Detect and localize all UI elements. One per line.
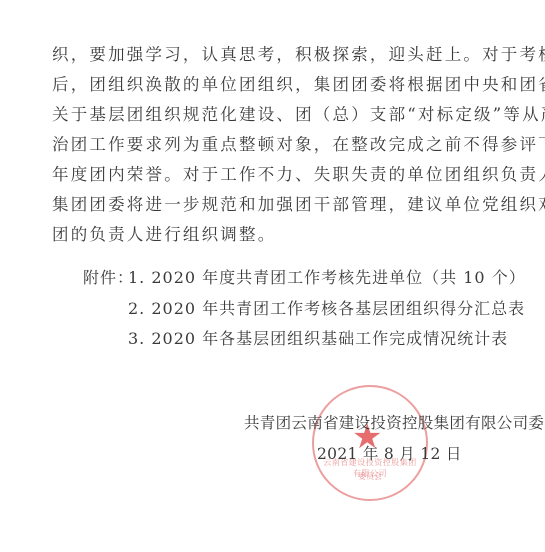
body-line: 治团工作要求列为重点整顿对象，在整改完成之前不得参评下一 — [52, 135, 492, 155]
attachment-item: 1. 2020 年度共青团工作考核先进单位（共 10 个） — [128, 265, 526, 288]
attachments-label: 附件： — [83, 265, 134, 288]
body-line: 集团团委将进一步规范和加强团干部管理，建议单位党组织对其 — [52, 195, 492, 215]
body-line: 关于基层团组织规范化建设、团（总）支部“对标定级”等从严 — [52, 105, 492, 125]
signing-date: 2021 年 8 月 12 日 — [317, 442, 462, 464]
body-line: 年度团内荣誉。对于工作不力、失职失责的单位团组织负责人， — [52, 165, 492, 185]
body-line: 织，要加强学习，认真思考，积极探索，迎头赶上。对于考核靠 — [52, 45, 492, 65]
signing-organization: 共青团云南省建设投资控股集团有限公司委员会 — [244, 411, 545, 433]
body-line: 团的负责人进行组织调整。 — [52, 225, 492, 245]
seal-bottom-text: 委员会 — [344, 471, 396, 482]
attachment-item: 2. 2020 年共青团工作考核各基层团组织得分汇总表 — [128, 296, 525, 319]
document-page: 织，要加强学习，认真思考，积极探索，迎头赶上。对于考核靠 后，团组织涣散的单位团… — [0, 0, 545, 552]
attachment-item: 3. 2020 年各基层团组织基础工作完成情况统计表 — [128, 326, 508, 349]
body-line: 后，团组织涣散的单位团组织，集团团委将根据团中央和团省委 — [52, 75, 492, 95]
